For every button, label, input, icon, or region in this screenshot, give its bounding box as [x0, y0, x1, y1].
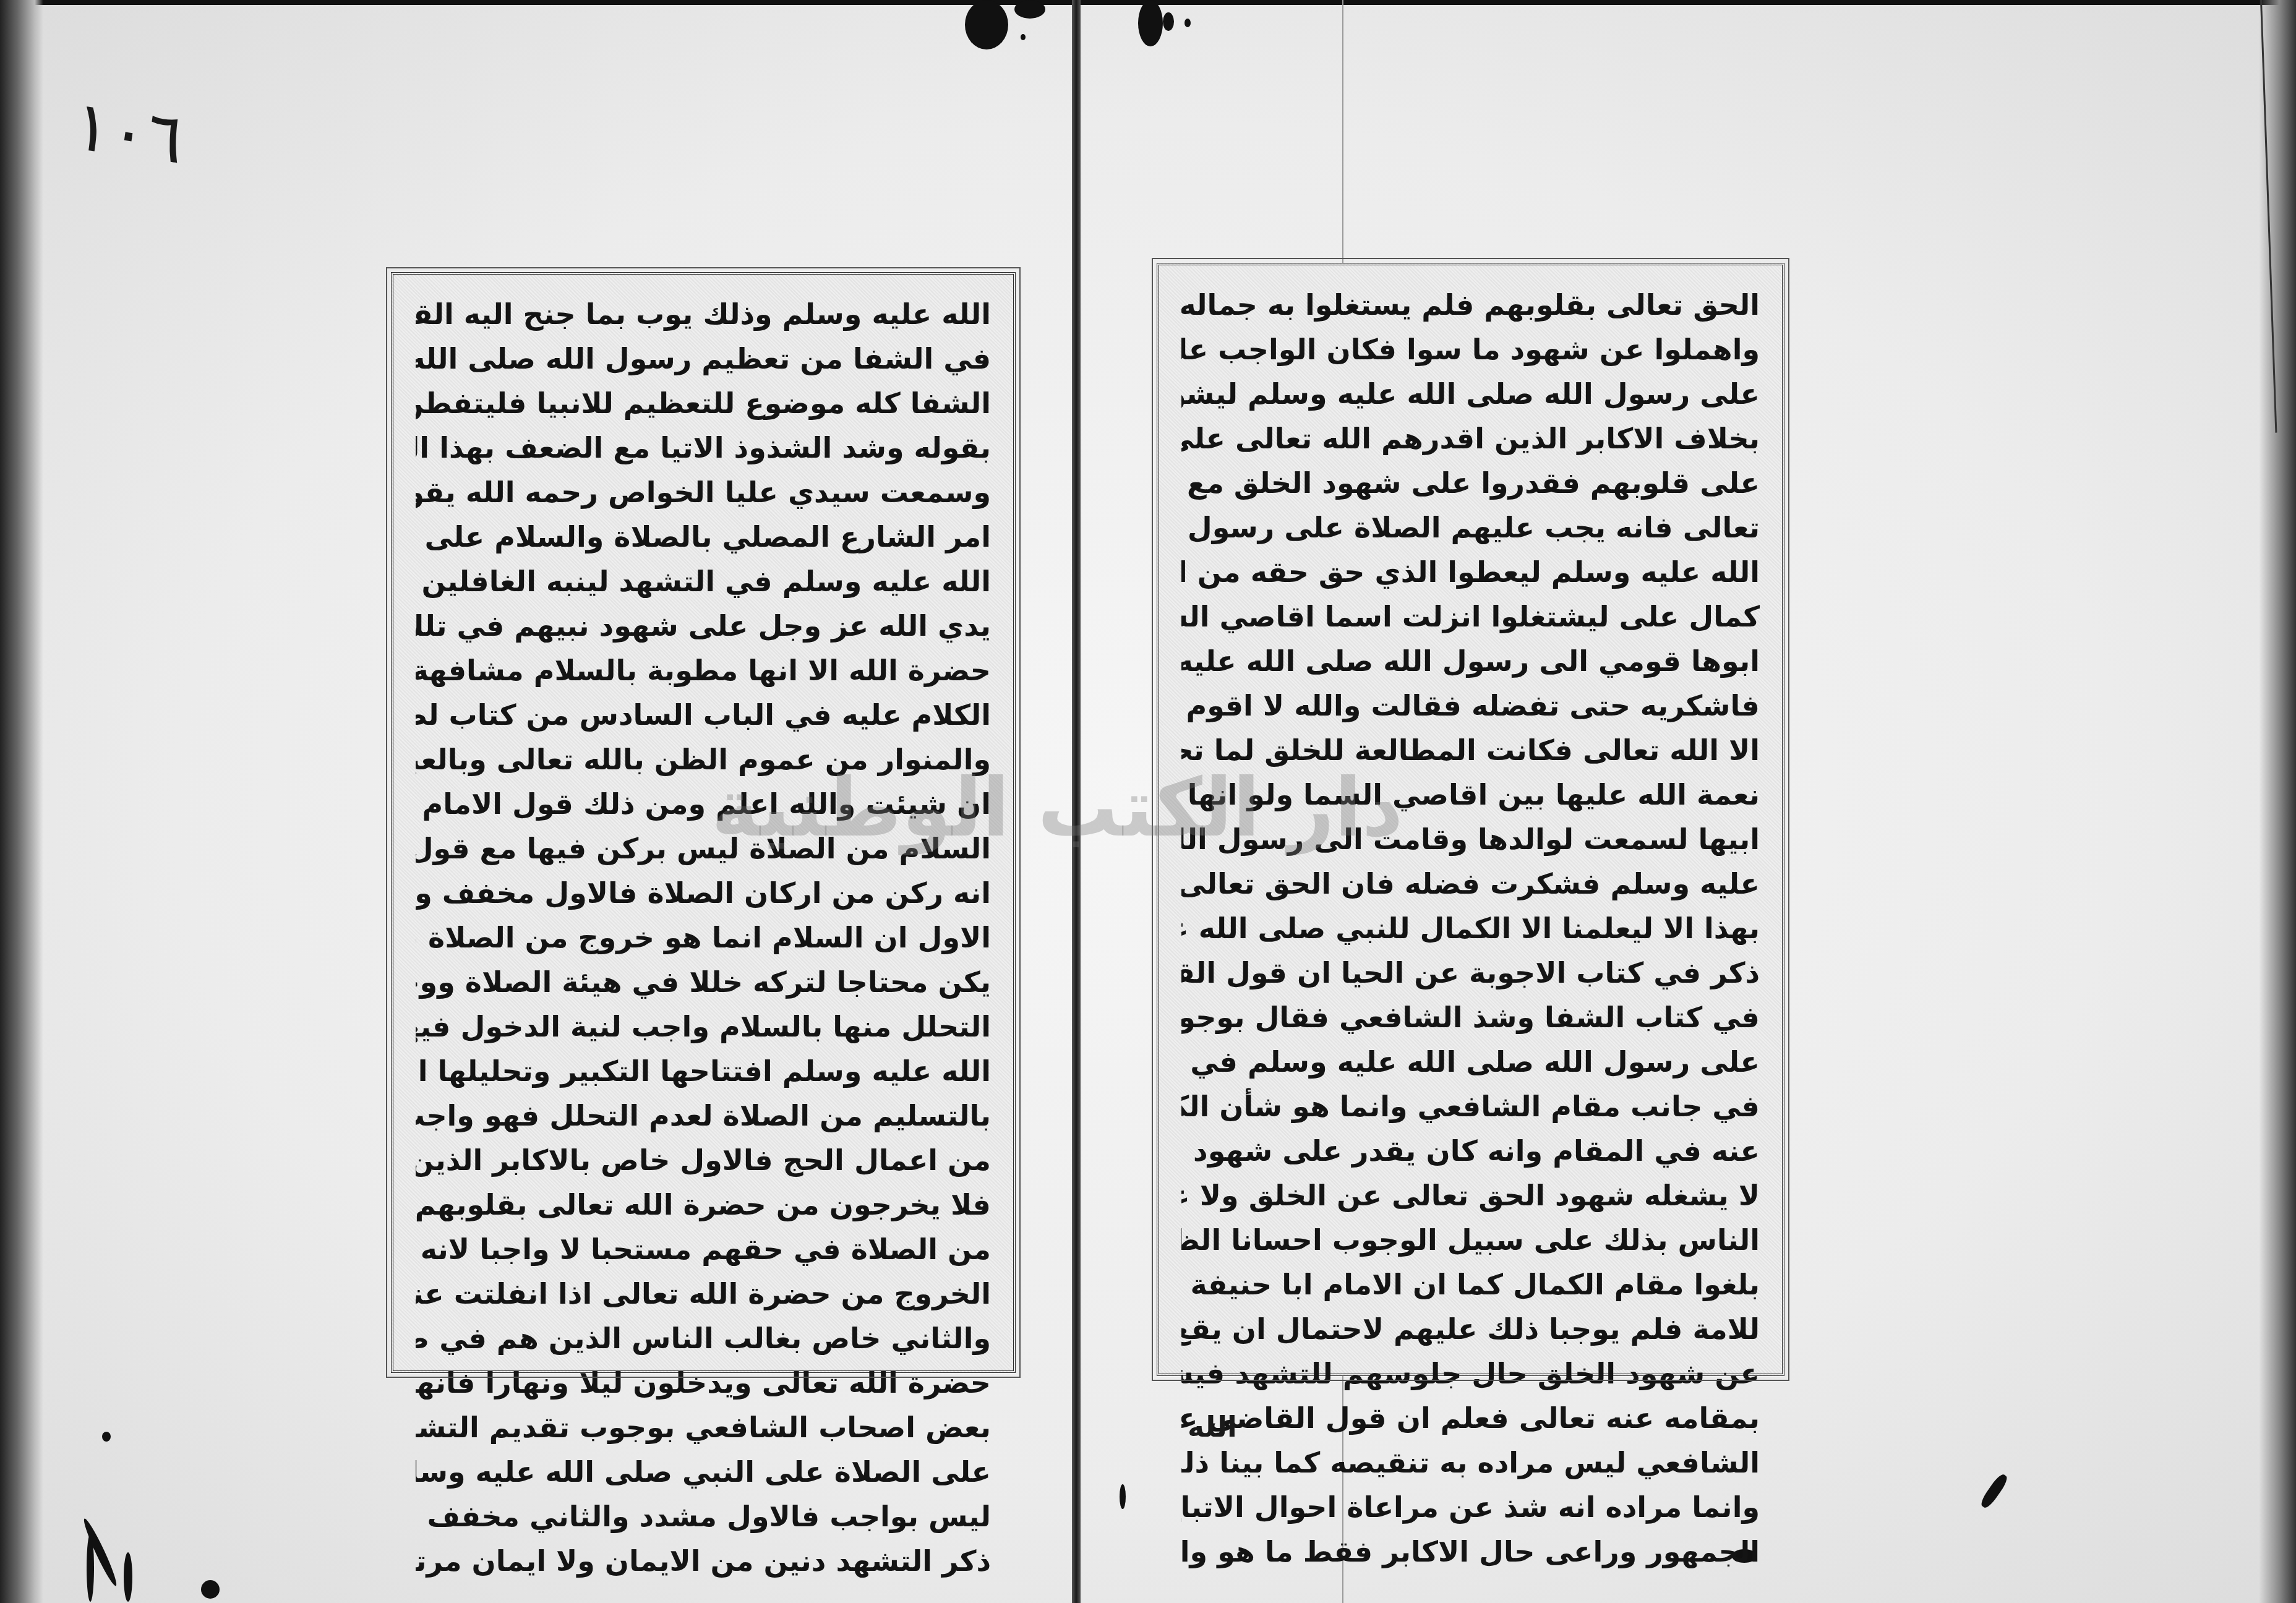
- text-line: الله عليه وسلم في التشهد لينبه الغافلين …: [416, 559, 991, 604]
- ink-blot-icon: [124, 1552, 132, 1602]
- text-line: ليس بواجب فالاول مشدد والثاني مخفف ووجه …: [416, 1494, 991, 1539]
- ink-blot-icon: [102, 1432, 111, 1442]
- ink-blot-icon: [201, 1580, 220, 1599]
- text-line: كمال على ليشتغلوا انزلت اسما اقاصي السما…: [1181, 594, 1760, 639]
- text-line: انه ركن من اركان الصلاة فالاول مخفف والث…: [416, 871, 991, 915]
- text-line: الجمهور وراعى حال الاكابر فقط ما هو واجب…: [1181, 1529, 1760, 1574]
- text-line: من الصلاة في حقهم مستحبا لا واجبا لانه ل…: [416, 1227, 991, 1272]
- text-line: الخروج من حضرة الله تعالى اذا انفلتت عنه…: [416, 1272, 991, 1316]
- text-line: التحلل منها بالسلام واجب لنية الدخول فيه…: [416, 1004, 991, 1049]
- text-line: ابوها قومي الى رسول الله صلى الله عليه و…: [1181, 639, 1760, 683]
- text-line: بهذا الا ليعلمنا الا الكمال للنبي صلى ال…: [1181, 906, 1760, 951]
- text-line: على رسول الله صلى الله عليه وسلم في الصل…: [1181, 1040, 1760, 1084]
- text-line: وسمعت سيدي عليا الخواص رحمه الله يقول ان…: [416, 470, 991, 515]
- text-line: يكن محتاجا لتركه خللا في هيئة الصلاة ووج…: [416, 960, 991, 1004]
- ink-blot-icon: [1163, 12, 1174, 31]
- library-watermark: دار الكتب الوطنية: [711, 761, 1403, 855]
- text-line: ذكر في كتاب الاجوبة عن الحيا ان قول القا…: [1181, 951, 1760, 995]
- catchword: الله: [1188, 1410, 1237, 1443]
- text-line: عليه وسلم فشكرت فضله فان الحق تعالى ما ا…: [1181, 861, 1760, 906]
- text-line: عن شهود الخلق حال جلوسهم للتشهد فيشق علي…: [1181, 1351, 1760, 1396]
- text-line: الناس بذلك على سبيل الوجوب احسانا الظن ب…: [1181, 1218, 1760, 1262]
- ink-blot-icon: [1184, 19, 1191, 27]
- text-line: يدي الله عز وجل على شهود نبيهم في تلك ال…: [416, 604, 991, 648]
- text-line: بعض اصحاب الشافعي بوجوب تقديم التشهد الذ…: [416, 1405, 991, 1450]
- text-line: فلا يخرجون من حضرة الله تعالى بقلوبهم فك…: [416, 1182, 991, 1227]
- text-line: على قلوبهم فقدروا على شهود الخلق مع شهود…: [1181, 461, 1760, 505]
- ink-blot-icon: [965, 0, 1008, 49]
- text-line: واهملوا عن شهود ما سوا فكان الواجب عليهم…: [1181, 327, 1760, 372]
- text-line: على الصلاة على النبي صلى الله عليه وسلم …: [416, 1450, 991, 1494]
- text-line: الشفا كله موضوع للتعظيم للانبيا فليتفطن …: [416, 381, 991, 425]
- text-line: حضرة الله الا انها مطوبة بالسلام مشافهة …: [416, 648, 991, 693]
- text-line: ذكر التشهد دنين من الايمان ولا ايمان مرت…: [416, 1539, 991, 1583]
- text-line: من اعمال الحج فالاول خاص بالاكابر الذين …: [416, 1138, 991, 1182]
- ink-blot-icon: [1120, 1484, 1126, 1509]
- text-line: فاشكريه حتى تفضله فقالت والله لا اقوم ال…: [1181, 683, 1760, 728]
- text-line: بقوله وشد الشذوذ الاتيا مع الضعف بهذا ال…: [416, 425, 991, 470]
- text-line: لا يشغله شهود الحق تعالى عن الخلق ولا عك…: [1181, 1173, 1760, 1218]
- text-line: الاول ان السلام انما هو خروج من الصلاة ب…: [416, 915, 991, 960]
- text-line: والثاني خاص بغالب الناس الذين هم في صلات…: [416, 1316, 991, 1361]
- text-line: الحق تعالى بقلوبهم فلم يستغلوا به جماله …: [1181, 283, 1760, 327]
- text-line: بالتسليم من الصلاة لعدم التحلل فهو واجب …: [416, 1093, 991, 1138]
- text-line: الله عليه وسلم ليعطوا الذي حق حقه من الح…: [1181, 550, 1760, 594]
- text-line: حضرة الله تعالى ويدخلون ليلا ونهارا فانه…: [416, 1361, 991, 1405]
- text-line: على رسول الله صلى الله عليه وسلم ليشق ذل…: [1181, 372, 1760, 416]
- text-line: بلغوا مقام الكمال كما ان الامام ابا حنيف…: [1181, 1262, 1760, 1307]
- text-line: للامة فلم يوجبا ذلك عليهم لاحتمال ان يقع…: [1181, 1307, 1760, 1351]
- text-line: الله عليه وسلم وذلك يوب بما جنح اليه الق…: [416, 292, 991, 336]
- scan-left-shadow: [0, 0, 43, 1603]
- ink-blot-icon: [87, 1534, 94, 1602]
- text-line: عنه في المقام وانه كان يقدر على شهود الخ…: [1181, 1129, 1760, 1173]
- text-line: في الشفا من تعظيم رسول الله صلى الله علي…: [416, 336, 991, 381]
- text-line: في جانب مقام الشافعي وانما هو شأن الكمال…: [1181, 1084, 1760, 1129]
- text-line: بمقامه عنه تعالى فعلم ان قول القاضي عياض…: [1181, 1396, 1760, 1440]
- ink-blot-icon: [1021, 34, 1026, 40]
- text-line: امر الشارع المصلي بالصلاة والسلام على رس…: [416, 515, 991, 559]
- text-line: الله عليه وسلم افتتاحها التكبير وتحليلها…: [416, 1049, 991, 1093]
- text-line: وانما مراده انه شذ عن مراعاة احوال الاتب…: [1181, 1485, 1760, 1529]
- text-line: الشافعي ليس مراده به تنقيصه كما بينا ذلك…: [1181, 1440, 1760, 1485]
- folio-number: ١٠٦: [69, 85, 189, 179]
- text-line: تعالى فانه يجب عليهم الصلاة على رسول الل…: [1181, 505, 1760, 550]
- text-line: الكلام عليه في الباب السادس من كتاب لطائ…: [416, 693, 991, 737]
- scan-right-shadow: [2259, 0, 2296, 1603]
- ink-blot-icon: [1138, 0, 1163, 46]
- text-line: بخلاف الاكابر الذين اقدرهم الله تعالى عل…: [1181, 416, 1760, 461]
- ink-blot-icon: [1014, 0, 1045, 19]
- text-line: في كتاب الشفا وشذ الشافعي فقال بوجوب الص…: [1181, 995, 1760, 1040]
